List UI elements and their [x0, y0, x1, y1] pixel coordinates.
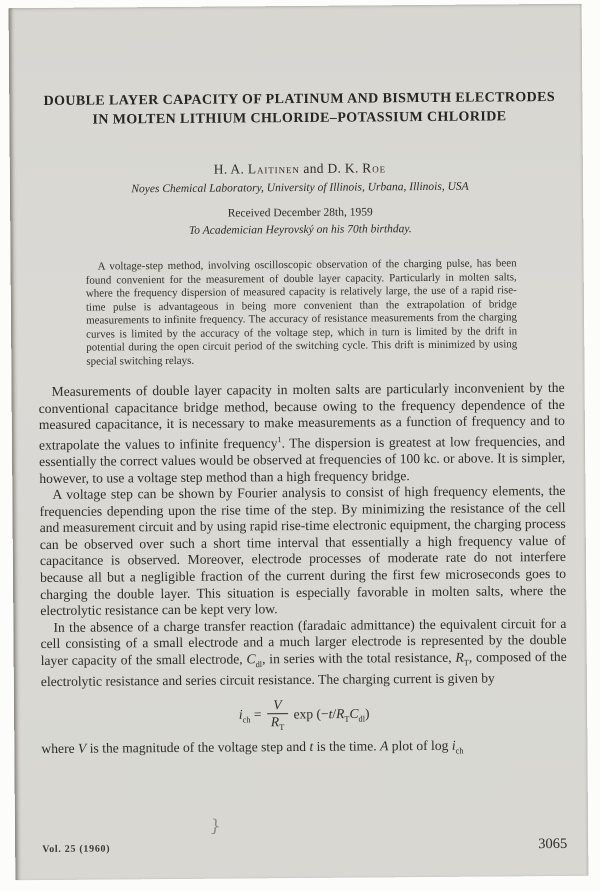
body-paragraph-2: A voltage step can be shown by Fourier a… — [39, 483, 566, 620]
authors-line: H. A. Laitinen and D. K. Roe — [37, 159, 563, 179]
pen-mark-artifact: } — [209, 816, 222, 837]
paper-page: DOUBLE LAYER CAPACITY OF PLATINUM AND BI… — [9, 4, 589, 880]
abstract-paragraph: A voltage-step method, involving oscillo… — [86, 257, 518, 368]
dedication-line: To Academician Heyrovský on his 70th bir… — [37, 222, 563, 238]
page-number: 3065 — [538, 836, 567, 853]
scan-background: DOUBLE LAYER CAPACITY OF PLATINUM AND BI… — [0, 0, 600, 891]
article-title-line-1: DOUBLE LAYER CAPACITY OF PLATINUM AND BI… — [43, 90, 555, 109]
article-title-line-2: IN MOLTEN LITHIUM CHLORIDE–POTASSIUM CHL… — [92, 109, 506, 127]
article-body: Measurements of double layer capacity in… — [39, 380, 568, 762]
volume-label: Vol. 25 (1960) — [42, 843, 110, 855]
body-paragraph-1: Measurements of double layer capacity in… — [39, 380, 566, 487]
received-date-line: Received December 28th, 1959 — [37, 205, 563, 221]
body-paragraph-3: In the absence of a charge transfer reac… — [40, 616, 567, 691]
page-footer: Vol. 25 (1960) 3065 — [42, 836, 567, 857]
affiliation-line: Noyes Chemical Laboratory, University of… — [37, 180, 563, 196]
body-paragraph-after-equation: where V is the magnitude of the voltage … — [41, 736, 567, 761]
page-content: DOUBLE LAYER CAPACITY OF PLATINUM AND BI… — [9, 88, 587, 762]
charging-current-equation: ich = VRT exp (−t/RTCdl) — [41, 696, 567, 735]
article-title: DOUBLE LAYER CAPACITY OF PLATINUM AND BI… — [36, 88, 562, 130]
